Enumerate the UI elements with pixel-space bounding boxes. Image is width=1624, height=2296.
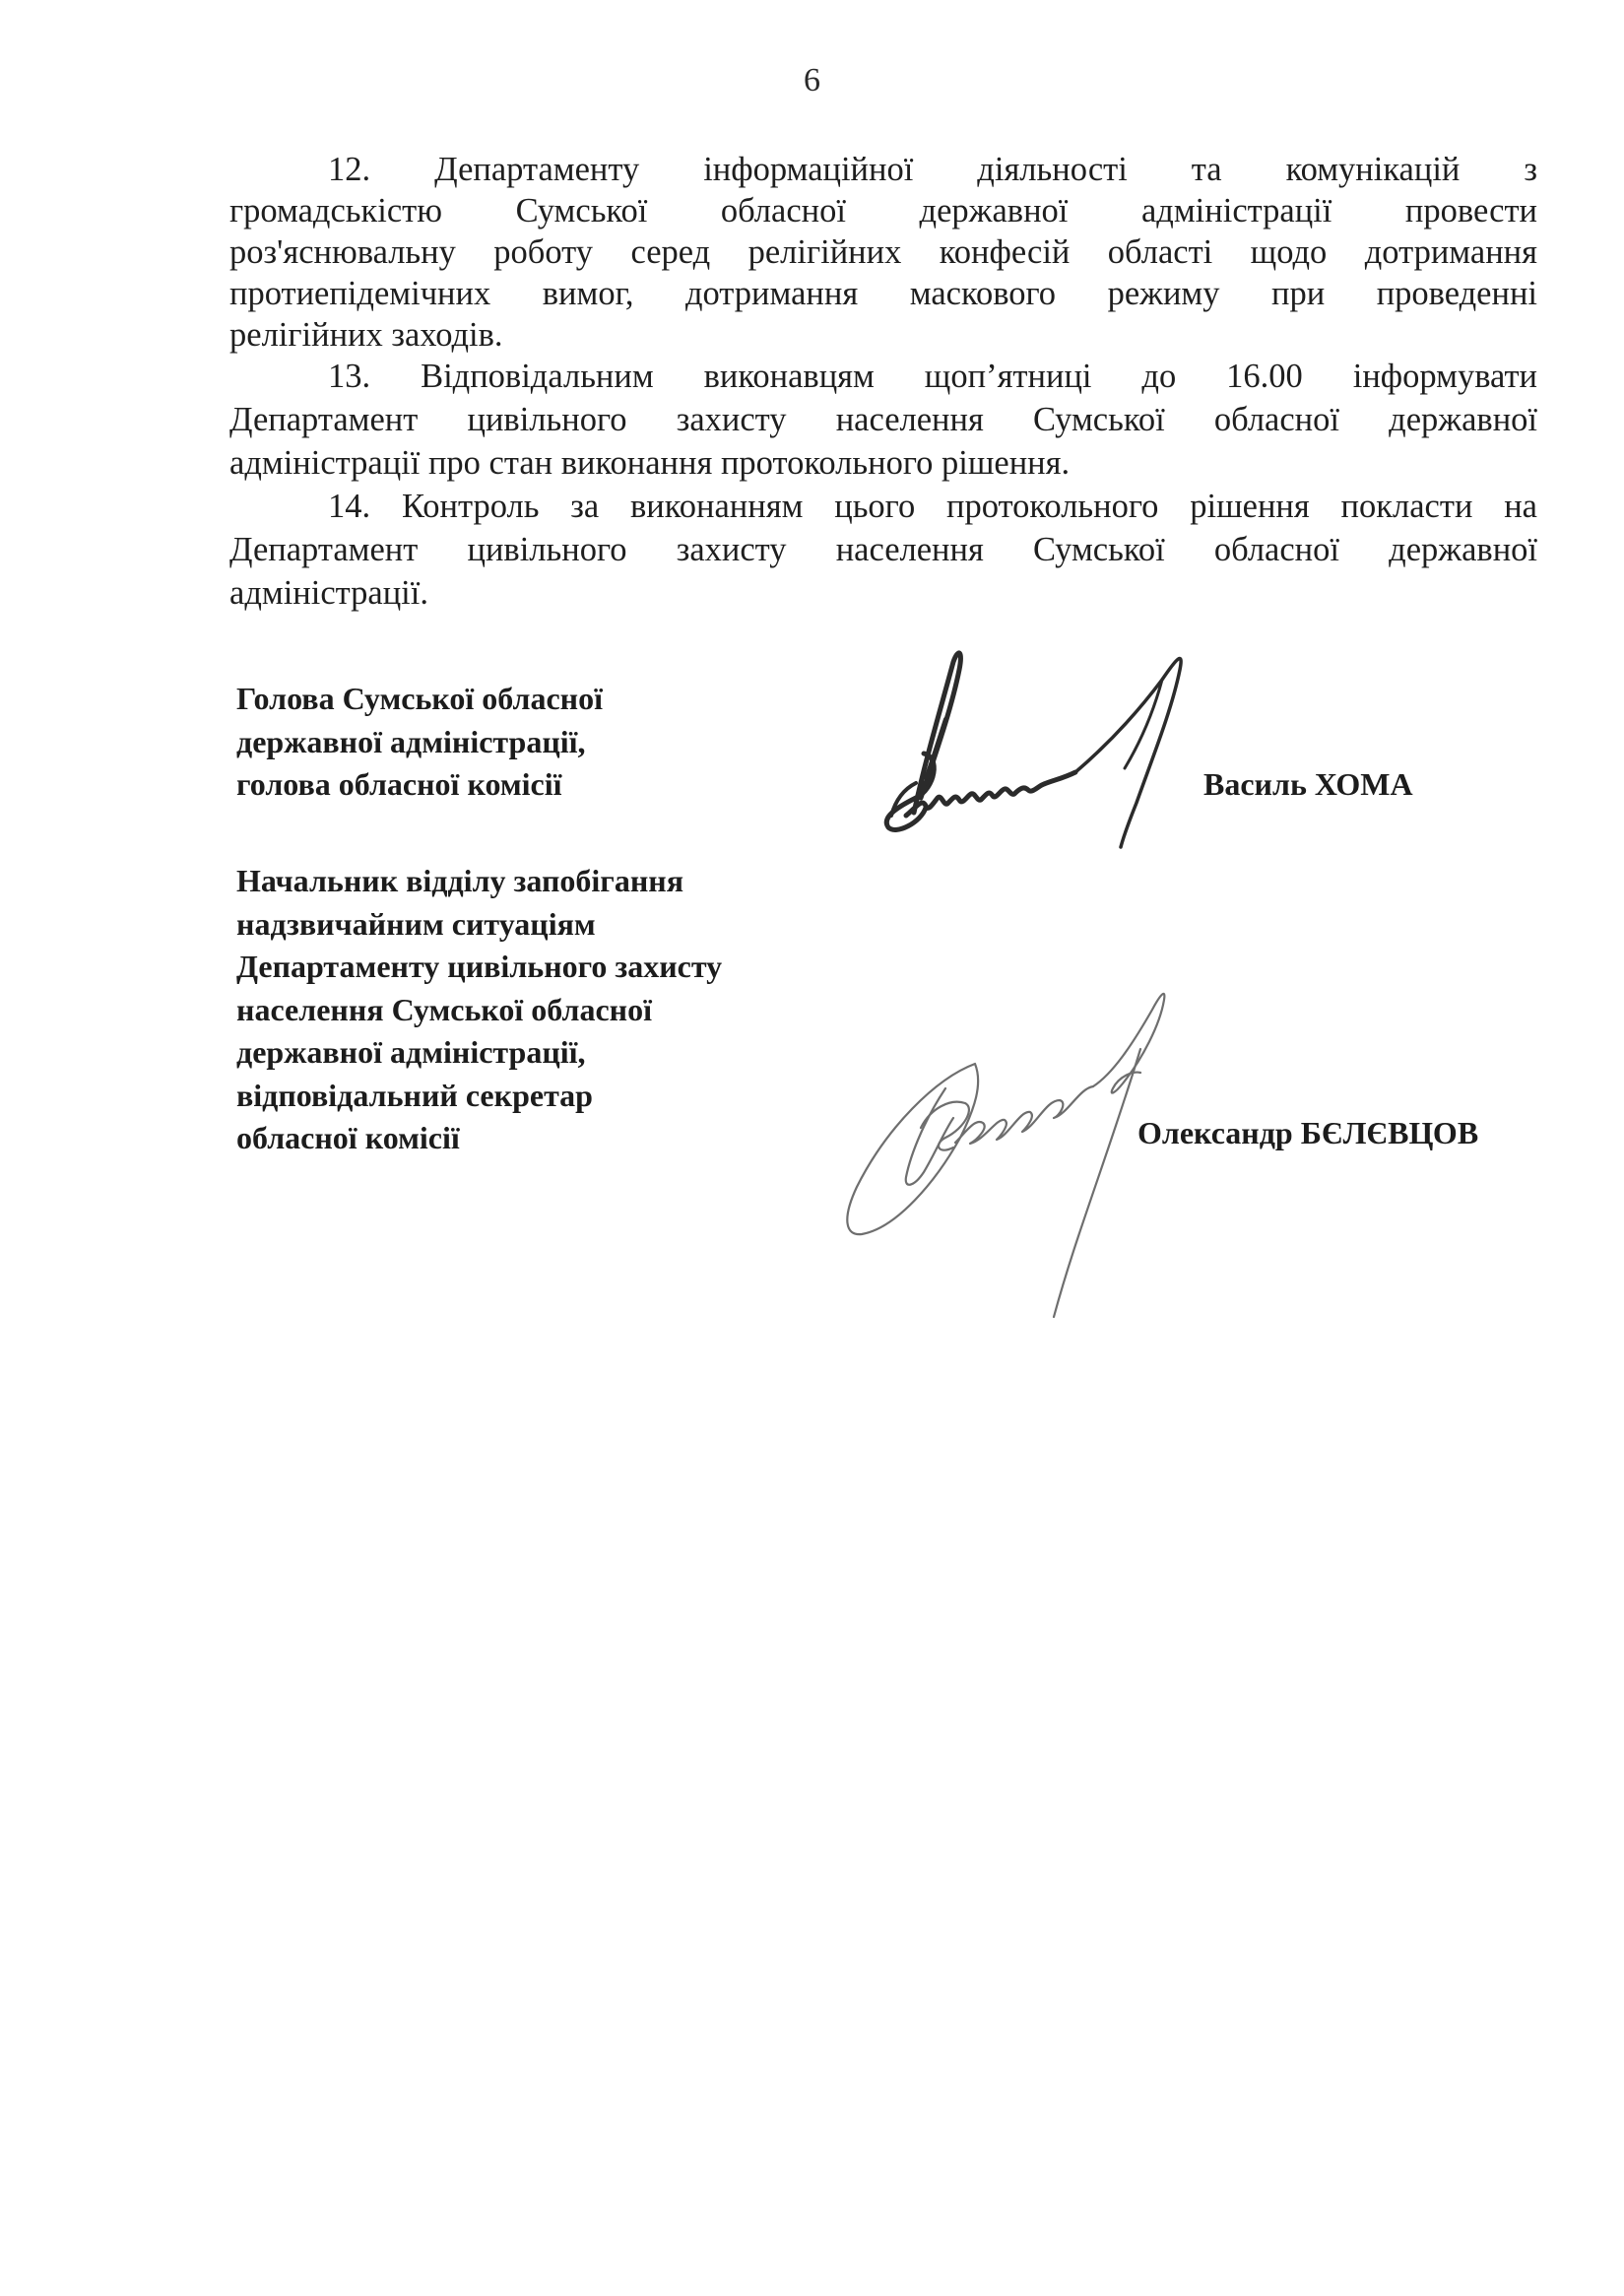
signatory-2-position: Начальник відділу запобігання надзвичайн… (236, 860, 722, 1160)
position-line: Голова Сумської обласної (236, 678, 603, 721)
paragraph-line: Департамент цивільного захисту населення… (229, 528, 1537, 571)
paragraph-12: 12. Департаменту інформаційної діяльност… (229, 148, 1537, 355)
position-line: Департаменту цивільного захисту (236, 946, 722, 989)
position-line: голова обласної комісії (236, 763, 603, 807)
position-line: Начальник відділу запобігання (236, 860, 722, 903)
page-number: 6 (0, 61, 1624, 100)
paragraph-line: 13. Відповідальним виконавцям щоп’ятниці… (229, 355, 1537, 398)
document-body: 12. Департаменту інформаційної діяльност… (229, 148, 1537, 615)
paragraph-line: релігійних заходів. (229, 313, 1537, 355)
paragraph-line: адміністрації про стан виконання протоко… (229, 441, 1537, 485)
position-line: населення Сумської обласної (236, 989, 722, 1032)
paragraph-line: громадськістю Сумської обласної державно… (229, 189, 1537, 230)
handwritten-signature-1 (867, 640, 1241, 886)
signatory-1-name: Василь ХОМА (1203, 764, 1413, 804)
signatory-2-name: Олександр БЄЛЄВЦОВ (1137, 1113, 1478, 1152)
position-line: надзвичайним ситуаціям (236, 903, 722, 947)
position-line: обласної комісії (236, 1117, 722, 1160)
signatory-1-position: Голова Сумської обласної державної адмін… (236, 678, 603, 807)
position-line: державної адміністрації, (236, 721, 603, 764)
paragraph-line: Департамент цивільного захисту населення… (229, 398, 1537, 441)
paragraph-line: протиепідемічних вимог, дотримання маско… (229, 272, 1537, 313)
paragraph-13: 13. Відповідальним виконавцям щоп’ятниці… (229, 355, 1537, 485)
paragraph-line: 14. Контроль за виконанням цього протоко… (229, 485, 1537, 528)
paragraph-line: адміністрації. (229, 571, 1537, 615)
paragraph-line: роз'яснювальну роботу серед релігійних к… (229, 230, 1537, 272)
paragraph-14: 14. Контроль за виконанням цього протоко… (229, 485, 1537, 615)
position-line: державної адміністрації, (236, 1031, 722, 1075)
paragraph-line: 12. Департаменту інформаційної діяльност… (229, 148, 1537, 189)
position-line: відповідальний секретар (236, 1075, 722, 1118)
